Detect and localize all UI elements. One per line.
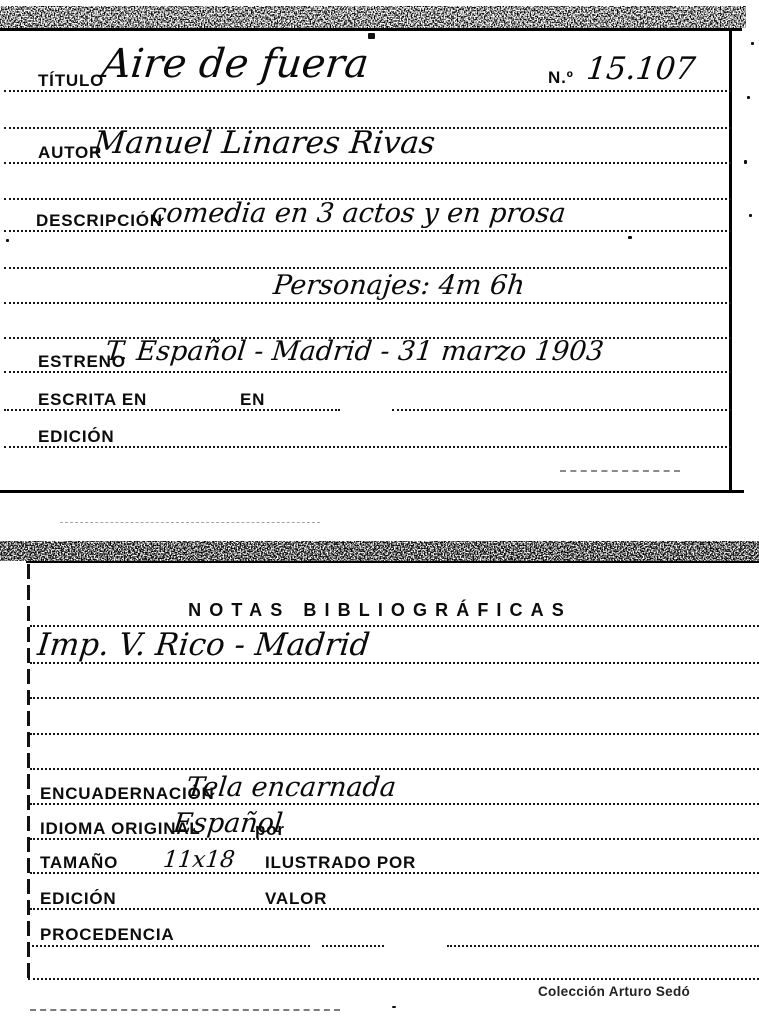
ruled-line [322,945,384,947]
ruled-line [4,302,731,304]
numero-label: N.º [548,68,574,88]
en-label: EN [240,390,265,410]
idioma-value-handwriting: Español [172,810,284,837]
collection-credit: Colección Arturo Sedó [538,984,690,999]
personajes-handwriting: Personajes: 4m 6h [272,272,526,299]
ruled-line [4,90,731,92]
ruled-line [30,768,759,770]
scan-artifact [560,470,680,472]
scan-artifact [30,1009,340,1011]
torn-edge-card2 [0,541,759,565]
scan-speck [747,96,750,99]
card1-bottom-border [0,490,744,493]
scan-speck [368,33,375,39]
card1-right-border [729,30,732,491]
notas-value-handwriting: Imp. V. Rico - Madrid [36,630,371,661]
ruled-line [4,162,731,164]
tamano-label: TAMAÑO [40,853,118,873]
scan-speck [751,42,754,45]
edicion2-label: EDICIÓN [40,889,116,909]
escrita-en-label: ESCRITA EN [38,390,147,410]
ruled-line [32,945,310,947]
encuadernacion-value-handwriting: Tela encarnada [185,774,397,801]
scan-speck [6,239,9,242]
ruled-line [30,733,759,735]
scan-speck [392,1006,396,1008]
card2-left-border [27,564,30,984]
edicion-label: EDICIÓN [38,427,114,447]
notas-bibliograficas-heading: NOTAS BIBLIOGRÁFICAS [30,600,730,621]
ruled-line [4,267,731,269]
procedencia-label: PROCEDENCIA [40,925,174,945]
ruled-line [447,945,759,947]
descripcion-value-handwriting: comedia en 3 actos y en prosa [150,200,567,227]
ruled-line [30,908,759,910]
scan-speck [628,236,632,239]
ruled-line [28,978,759,980]
ruled-line [392,409,731,411]
torn-edge-card1 [0,6,746,33]
scan-speck [749,214,752,217]
titulo-value-handwriting: Aire de fuera [100,44,371,84]
scan-speck [744,160,747,164]
tamano-value-handwriting: 11x18 [162,849,236,872]
estreno-value-handwriting: T. Español - Madrid - 31 marzo 1903 [104,338,605,365]
titulo-label: TÍTULO [38,71,104,91]
ilustrado-por-label: ILUSTRADO POR [265,853,416,873]
valor-label: VALOR [265,889,327,909]
numero-value-handwriting: 15.107 [585,54,697,85]
scanned-catalog-card-page: TÍTULO N.º AUTOR DESCRIPCIÓN ESTRENO ESC… [0,0,759,1028]
scan-artifact [60,522,320,523]
descripcion-label: DESCRIPCIÓN [36,211,163,231]
ruled-line [30,697,759,699]
autor-value-handwriting: Manuel Linares Rivas [92,128,437,159]
